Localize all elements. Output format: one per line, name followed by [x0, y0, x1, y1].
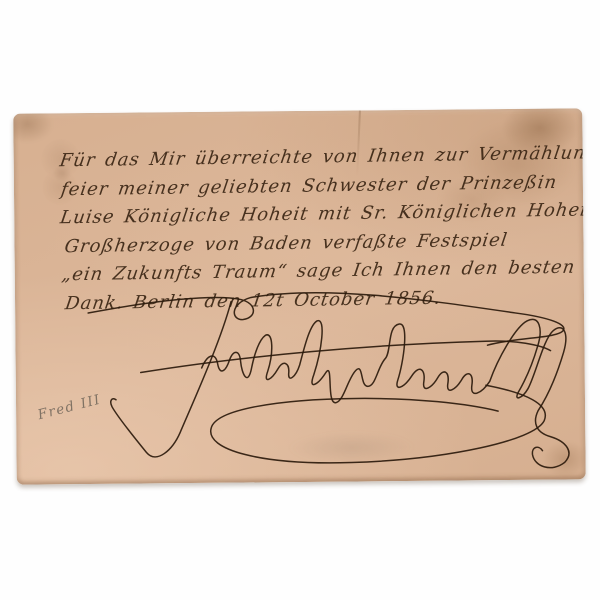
letter-card: Für das Mir überreichte von Ihnen zur Ve…: [13, 108, 586, 484]
signature-oval-flourish: [210, 385, 545, 464]
letter-body: Für das Mir überreichte von Ihnen zur Ve…: [60, 142, 577, 318]
photo-background: Für das Mir überreichte von Ihnen zur Ve…: [0, 0, 600, 600]
signature-friedrich-wilhelm: [45, 298, 586, 485]
signature-f-descender: [110, 302, 233, 458]
